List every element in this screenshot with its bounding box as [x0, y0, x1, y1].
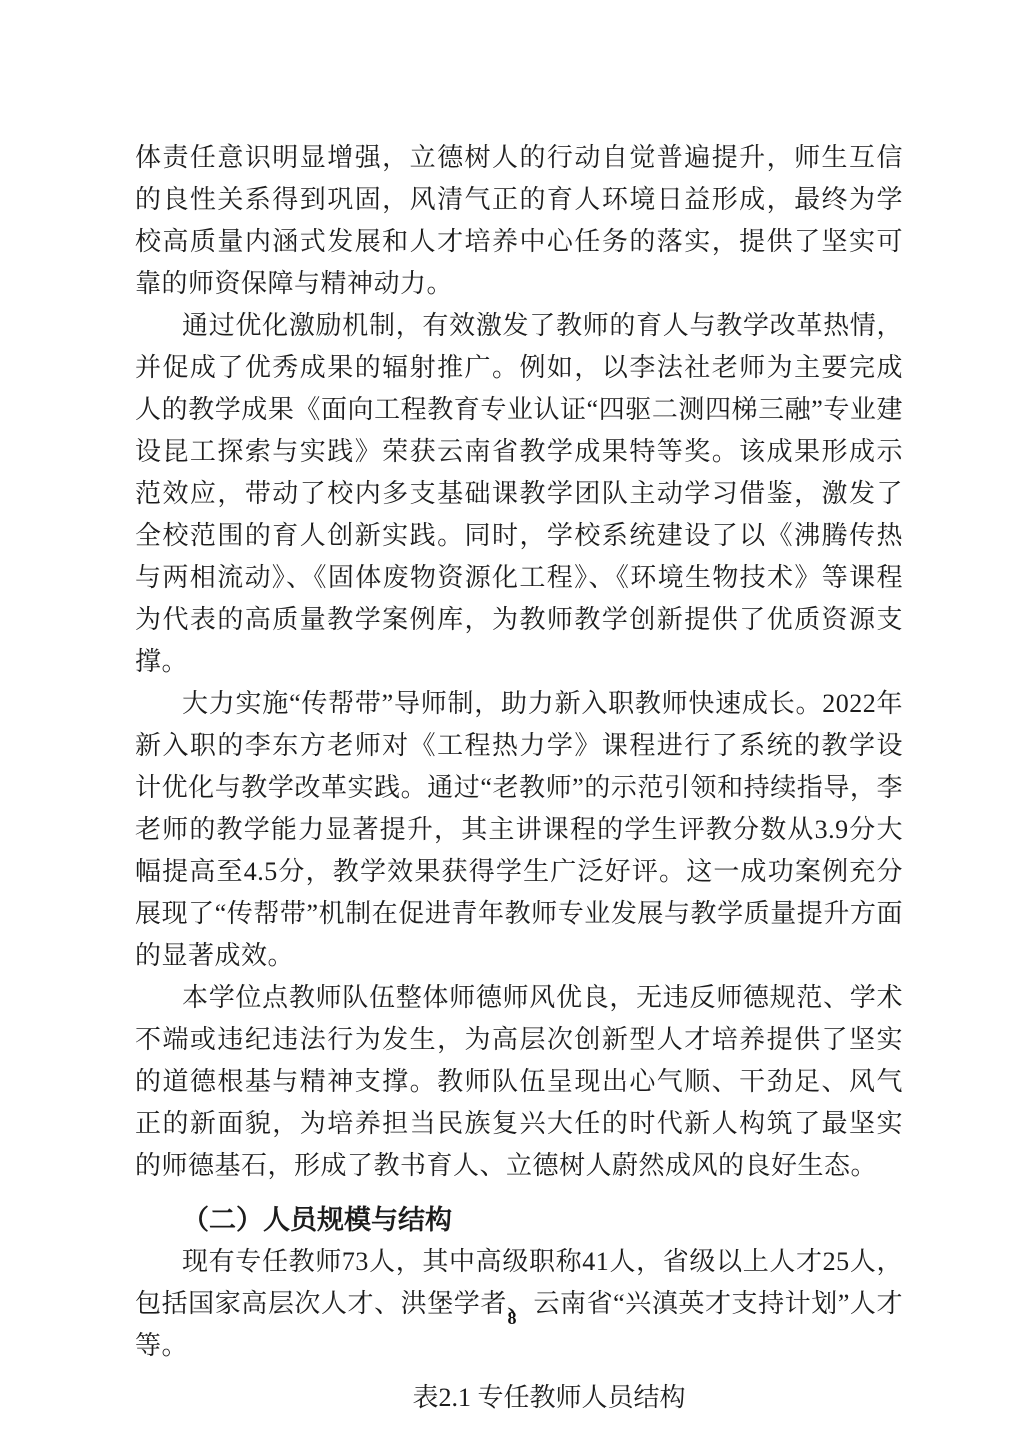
- table-caption: 表2.1 专任教师人员结构: [165, 1377, 933, 1419]
- body-paragraph-staff-numbers: 现有专任教师73人，其中高级职称41人，省级以上人才25人，包括国家高层次人才、…: [135, 1241, 903, 1367]
- body-paragraph-mentorship: 大力实施“传帮带”导师制，助力新入职教师快速成长。2022年新入职的李东方老师对…: [135, 683, 903, 977]
- body-paragraph-teacher-ethics: 本学位点教师队伍整体师德师风优良，无违反师德规范、学术不端或违纪违法行为发生，为…: [135, 977, 903, 1187]
- body-paragraph-continuation: 体责任意识明显增强，立德树人的行动自觉普遍提升，师生互信的良性关系得到巩固，风清…: [135, 137, 903, 305]
- page-content: 体责任意识明显增强，立德树人的行动自觉普遍提升，师生互信的良性关系得到巩固，风清…: [135, 137, 903, 1419]
- section-heading-personnel-scale: （二）人员规模与结构: [135, 1199, 903, 1241]
- body-paragraph-incentive-mechanism: 通过优化激励机制，有效激发了教师的育人与教学改革热情，并促成了优秀成果的辐射推广…: [135, 305, 903, 683]
- document-page: 体责任意识明显增强，立德树人的行动自觉普遍提升，师生互信的良性关系得到巩固，风清…: [0, 0, 1024, 1447]
- page-number: 8: [0, 1306, 1024, 1330]
